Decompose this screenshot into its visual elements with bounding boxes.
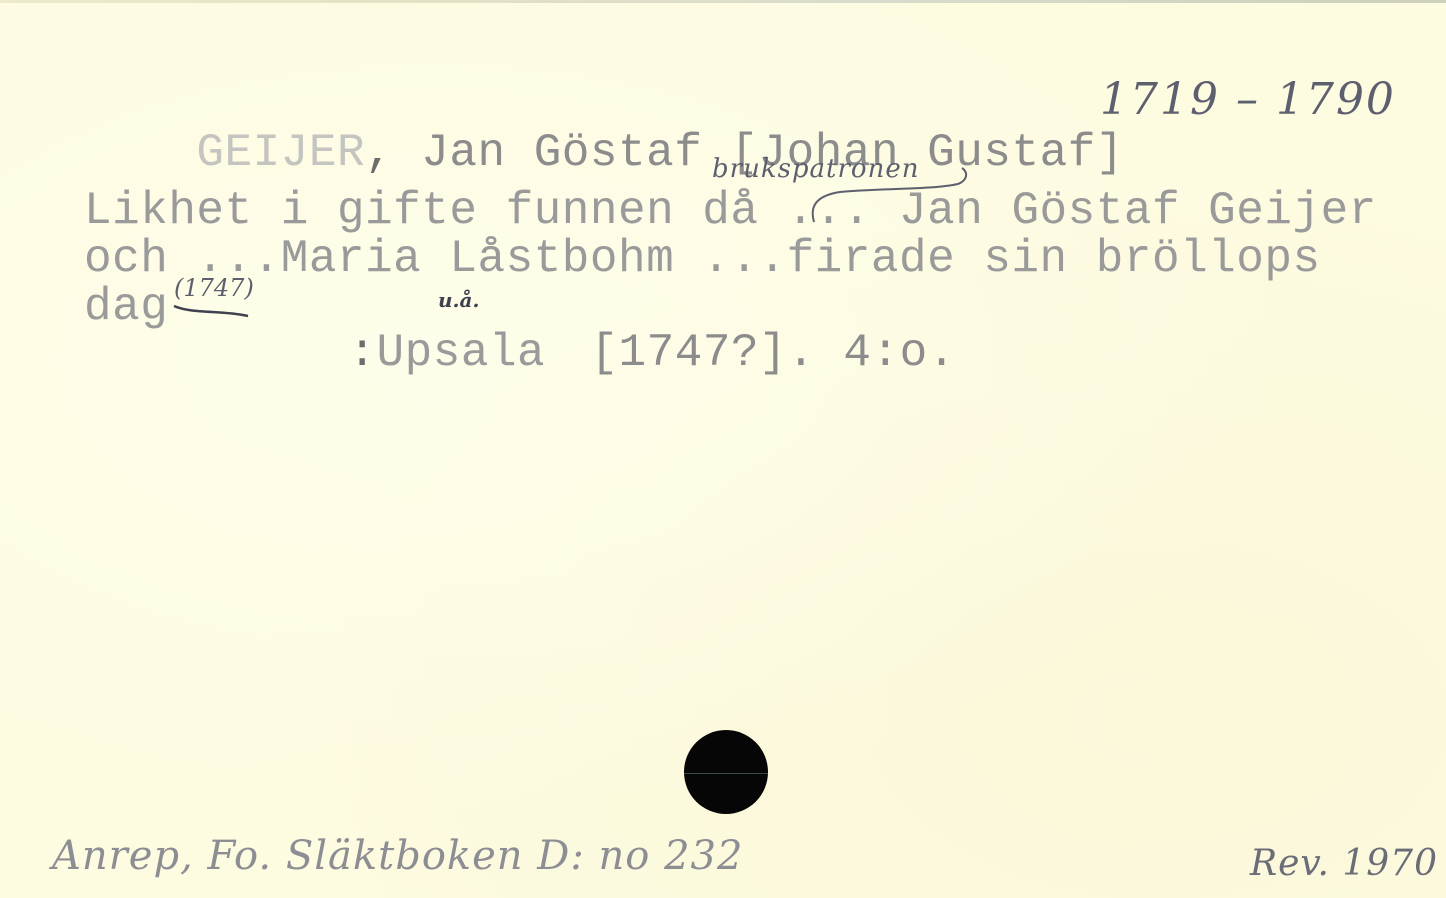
life-dates-handwritten: 1719 – 1790 (1100, 78, 1396, 122)
imprint-format: 4:o. (843, 327, 955, 379)
card-top-edge (0, 0, 1446, 3)
catalog-card: GEIJER, Jan Göstaf [Johan Gustaf] 1719 –… (0, 0, 1446, 898)
imprint-colon: : (348, 327, 376, 379)
imprint-handwritten-note: u.å. (438, 290, 479, 310)
body-line-3: dag (84, 284, 168, 330)
body-line-2: och ...Maria Låstbohm ...firade sin bröl… (84, 236, 1321, 282)
imprint-date-bracket: [1747?]. (590, 327, 815, 379)
heading-comma: , (365, 127, 393, 179)
body-line-1: Likhet i gifte funnen då ... Jan Göstaf … (84, 188, 1377, 234)
given-name: Jan Göstaf (393, 127, 730, 179)
source-note-handwritten: Anrep, Fo. Släktboken D: no 232 (52, 836, 743, 876)
revision-note-handwritten: Rev. 1970 (1250, 846, 1438, 882)
imprint-dates: [1747?]. 4:o. (478, 284, 956, 422)
surname: GEIJER (196, 127, 365, 179)
punch-hole (684, 730, 768, 814)
